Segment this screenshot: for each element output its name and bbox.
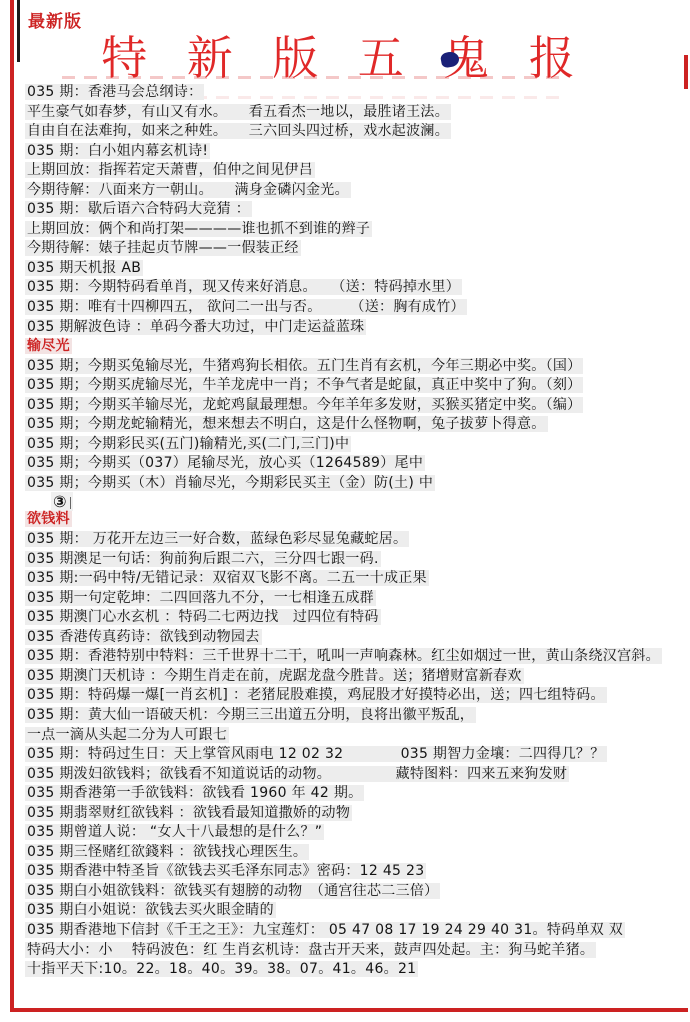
doc-line-text: 一点一滴从头起二分为人可跟七 xyxy=(25,727,229,743)
doc-line: 035 期；今期龙蛇输精光，想来想去不明白，这是什么怪物啊，兔子拔萝卜得意。 xyxy=(25,415,685,435)
doc-line: 035 期：香港马会总纲诗： xyxy=(25,83,685,103)
page-title: 特 新 版 五 鬼 报 xyxy=(0,22,690,88)
doc-line-text: 十指平天下:10。22。18。40。39。38。07。41。46。21 xyxy=(25,961,418,977)
doc-line: 035 期： 万花开左边三一好合数，蓝绿色彩尽显兔藏蛇居。 xyxy=(25,530,685,550)
doc-line: 035 期解波色诗 ：单码今番大功过，中门走运益蓝珠 xyxy=(25,318,685,338)
doc-line-text: 035 期:一码中特/无错记录：双宿双飞影不离。二五一十成正果 xyxy=(25,570,429,586)
left-red-border xyxy=(10,0,14,1012)
doc-line: 035 期：唯有十四柳四五， 欲问二一出与否。 （送：胸有成竹） xyxy=(25,298,685,318)
doc-line: 035 期香港第一手欲钱料：欲钱看 1960 年 42 期。 xyxy=(25,784,685,804)
doc-line: 自由自在法难拘，如来之种姓。 三六回头四过桥，戏水起波澜。 xyxy=(25,122,685,142)
doc-line: 035 期：白小姐内幕玄机诗! xyxy=(25,142,685,162)
doc-line: 035 期：歇后语六合特码大竞猜 ： xyxy=(25,200,685,220)
doc-line-text: 035 期：香港特别中特料：三千世界十二干，吼叫一声响森林。红尘如烟过一世，黄山… xyxy=(25,648,662,664)
doc-line: 今期待解：婊子挂起贞节牌——一假装正经 xyxy=(25,239,685,259)
doc-line: 035 期香港中特圣旨《欲钱去买毛泽东同志》密码：12 45 23 xyxy=(25,862,685,882)
doc-line: 035 期：特码过生日：天上掌管风雨电 12 02 32 035 期智力金壤：二… xyxy=(25,745,685,765)
doc-line-text: 平生豪气如春梦，有山又有水。 看五看杰一地以，最胜诸王法。 xyxy=(25,104,451,120)
doc-line: 035 期澳足一句话：狗前狗后跟二六，三分四七跟一码. xyxy=(25,550,685,570)
doc-line: 035 期曾道人说： “女人十八最想的是什么？” xyxy=(25,823,685,843)
doc-line-text: 035 期；今期买（037）尾输尽光，放心买（1264589）尾中 xyxy=(25,455,425,471)
doc-line-text: 035 期；今期买兔输尽光，牛猪鸡狗长相依。五门生肖有玄机，今年三期必中奖。（国… xyxy=(25,358,583,374)
doc-line-text: 035 期：黄大仙一语破天机：今期三三出道五分明，良将出徽平叛乱， xyxy=(25,707,476,723)
doc-line: 035 香港传真药诗：欲钱到动物园去 xyxy=(25,628,685,648)
doc-line-text: 035 期：香港马会总纲诗： xyxy=(25,84,204,100)
doc-line-text: ③ xyxy=(51,492,73,511)
document-body: 035 期：香港马会总纲诗：平生豪气如春梦，有山又有水。 看五看杰一地以，最胜诸… xyxy=(25,83,685,980)
doc-line-text: 035 期香港中特圣旨《欲钱去买毛泽东同志》密码：12 45 23 xyxy=(25,863,426,879)
section-header: 欲钱料 xyxy=(25,510,685,530)
doc-line-text: 035 期曾道人说： “女人十八最想的是什么？” xyxy=(25,824,324,840)
doc-line-text: 035 期；今期彩民买(五门)输精光,买(二门,三门)中 xyxy=(25,436,351,452)
doc-line: 035 期；今期彩民买(五门)输精光,买(二门,三门)中 xyxy=(25,435,685,455)
doc-line-text: 035 期：唯有十四柳四五， 欲问二一出与否。 （送：胸有成竹） xyxy=(25,299,467,315)
doc-line-text: 035 期翡翠财红欲钱料 ：欲钱看最知道撒娇的动物 xyxy=(25,805,352,821)
doc-line-text: 035 期天机报 AB xyxy=(25,260,143,276)
doc-line-text: 欲钱料 xyxy=(25,511,72,527)
doc-line: 035 期翡翠财红欲钱料 ：欲钱看最知道撒娇的动物 xyxy=(25,804,685,824)
doc-line-text: 035 期：歇后语六合特码大竞猜 ： xyxy=(25,201,252,217)
doc-line: 035 期三怪赌红欲錢料 ：欲钱找心理医生。 xyxy=(25,843,685,863)
doc-line-text: 035 期白小姐说：欲钱去买火眼金睛的 xyxy=(25,902,276,918)
doc-line: 今期待解：八面来方一朝山。 满身金磷闪金光。 xyxy=(25,181,685,201)
doc-line-text: 上期回放：指挥若定天萧曹，伯仲之间见伊吕 xyxy=(25,162,315,178)
doc-line: 035 期：特码爆一爆[一肖玄机] ：老猪屁股难摸，鸡屁股才好摸特必出，送；四七… xyxy=(25,686,685,706)
doc-line: 035 期澳门天机诗 ：今期生肖走在前，虎踞龙盘今胜昔。送；猪增财富新春欢 xyxy=(25,667,685,687)
doc-line: 035 期；今期买（037）尾输尽光，放心买（1264589）尾中 xyxy=(25,454,685,474)
doc-line-text: 今期待解：婊子挂起贞节牌——一假装正经 xyxy=(25,240,301,256)
doc-line: 035 期白小姐欲钱料：欲钱买有翅膀的动物 （通宫往芯二三倍） xyxy=(25,882,685,902)
doc-line-text: 035 期一句定乾坤：二四回落九不分，一七相逢五成群 xyxy=(25,590,376,606)
doc-line: 035 期；今期买（木）肖输尽光，今期彩民买主（金）防(土) 中 xyxy=(25,474,685,494)
doc-line-text: 035 期；今期龙蛇输精光，想来想去不明白，这是什么怪物啊，兔子拔萝卜得意。 xyxy=(25,416,548,432)
doc-line-text: 035 期： 万花开左边三一好合数，蓝绿色彩尽显兔藏蛇居。 xyxy=(25,531,409,547)
bottom-red-border xyxy=(10,1008,688,1012)
doc-line: 035 期:一码中特/无错记录：双宿双飞影不离。二五一十成正果 xyxy=(25,569,685,589)
doc-line: 035 期白小姐说：欲钱去买火眼金睛的 xyxy=(25,901,685,921)
doc-line-text: 035 香港传真药诗：欲钱到动物园去 xyxy=(25,629,262,645)
doc-line: 035 期泼妇欲钱料；欲钱看不知道说话的动物。 藏特图料：四来五来狗发财 xyxy=(25,765,685,785)
section-header: 输尽光 xyxy=(25,337,685,357)
doc-line-text: 035 期：特码过生日：天上掌管风雨电 12 02 32 035 期智力金壤：二… xyxy=(25,746,607,762)
doc-line: 035 期澳门心水玄机 ：特码二七两边找 过四位有特码 xyxy=(25,608,685,628)
doc-line: 035 期天机报 AB xyxy=(25,259,685,279)
doc-line-text: 035 期白小姐欲钱料：欲钱买有翅膀的动物 （通宫往芯二三倍） xyxy=(25,883,440,899)
doc-line-text: 035 期解波色诗 ：单码今番大功过，中门走运益蓝珠 xyxy=(25,319,366,335)
doc-line-text: 特码大小：小 特码波色：红 生肖玄机诗：盘古开天来，鼓声四处起。主：狗马蛇羊猪。 xyxy=(25,942,596,958)
doc-line: 035 期：黄大仙一语破天机：今期三三出道五分明，良将出徽平叛乱， xyxy=(25,706,685,726)
circled-number: ③ xyxy=(51,493,685,510)
doc-line-text: 自由自在法难拘，如来之种姓。 三六回头四过桥，戏水起波澜。 xyxy=(25,123,451,139)
doc-line-text: 035 期；今期买（木）肖输尽光，今期彩民买主（金）防(土) 中 xyxy=(25,475,435,491)
doc-line-text: 035 期三怪赌红欲錢料 ：欲钱找心理医生。 xyxy=(25,844,309,860)
doc-line-text: 035 期；今期买羊输尽光，龙蛇鸡鼠最理想。今年羊年多发财，买猴买猪定中奖。（编… xyxy=(25,397,583,413)
doc-line: 特码大小：小 特码波色：红 生肖玄机诗：盘古开天来，鼓声四处起。主：狗马蛇羊猪。 xyxy=(25,941,685,961)
doc-line-text: 035 期：今期特码看单肖，现又传来好消息。 （送：特码掉水里） xyxy=(25,279,462,295)
doc-line: 035 期：今期特码看单肖，现又传来好消息。 （送：特码掉水里） xyxy=(25,278,685,298)
doc-line: 上期回放：指挥若定天萧曹，伯仲之间见伊吕 xyxy=(25,161,685,181)
doc-line: 035 期香港地下信封《千王之王》：九宝莲灯： 05 47 08 17 19 2… xyxy=(25,921,685,941)
doc-line-text: 035 期香港第一手欲钱料：欲钱看 1960 年 42 期。 xyxy=(25,785,364,801)
doc-line-text: 上期回放：俩个和尚打架————谁也抓不到谁的辫子 xyxy=(25,221,372,237)
doc-line: 平生豪气如春梦，有山又有水。 看五看杰一地以，最胜诸王法。 xyxy=(25,103,685,123)
doc-line-text: 035 期澳门天机诗 ：今期生肖走在前，虎踞龙盘今胜昔。送；猪增财富新春欢 xyxy=(25,668,524,684)
doc-line-text: 输尽光 xyxy=(25,338,72,354)
doc-line: 035 期；今期买羊输尽光，龙蛇鸡鼠最理想。今年羊年多发财，买猴买猪定中奖。（编… xyxy=(25,396,685,416)
doc-line-text: 今期待解：八面来方一朝山。 满身金磷闪金光。 xyxy=(25,182,351,198)
doc-line: 035 期：香港特别中特料：三千世界十二干，吼叫一声响森林。红尘如烟过一世，黄山… xyxy=(25,647,685,667)
doc-line: 035 期；今期买虎输尽光，牛羊龙虎中一肖；不争气者是蛇鼠，真正中奖中了狗。（刻… xyxy=(25,376,685,396)
doc-line: 上期回放：俩个和尚打架————谁也抓不到谁的辫子 xyxy=(25,220,685,240)
doc-line-text: 035 期澳足一句话：狗前狗后跟二六，三分四七跟一码. xyxy=(25,551,381,567)
doc-line-text: 035 期：特码爆一爆[一肖玄机] ：老猪屁股难摸，鸡屁股才好摸特必出，送；四七… xyxy=(25,687,607,703)
doc-line: 035 期；今期买兔输尽光，牛猪鸡狗长相依。五门生肖有玄机，今年三期必中奖。（国… xyxy=(25,357,685,377)
doc-line: 035 期一句定乾坤：二四回落九不分，一七相逢五成群 xyxy=(25,589,685,609)
doc-line: 十指平天下:10。22。18。40。39。38。07。41。46。21 xyxy=(25,960,685,980)
doc-line-text: 035 期；今期买虎输尽光，牛羊龙虎中一肖；不争气者是蛇鼠，真正中奖中了狗。（刻… xyxy=(25,377,583,393)
doc-line-text: 035 期香港地下信封《千王之王》：九宝莲灯： 05 47 08 17 19 2… xyxy=(25,922,625,938)
doc-line: 一点一滴从头起二分为人可跟七 xyxy=(25,726,685,746)
doc-line-text: 035 期澳门心水玄机 ：特码二七两边找 过四位有特码 xyxy=(25,609,381,625)
doc-line-text: 035 期泼妇欲钱料；欲钱看不知道说话的动物。 藏特图料：四来五来狗发财 xyxy=(25,766,569,782)
doc-line-text: 035 期：白小姐内幕玄机诗! xyxy=(25,143,210,159)
